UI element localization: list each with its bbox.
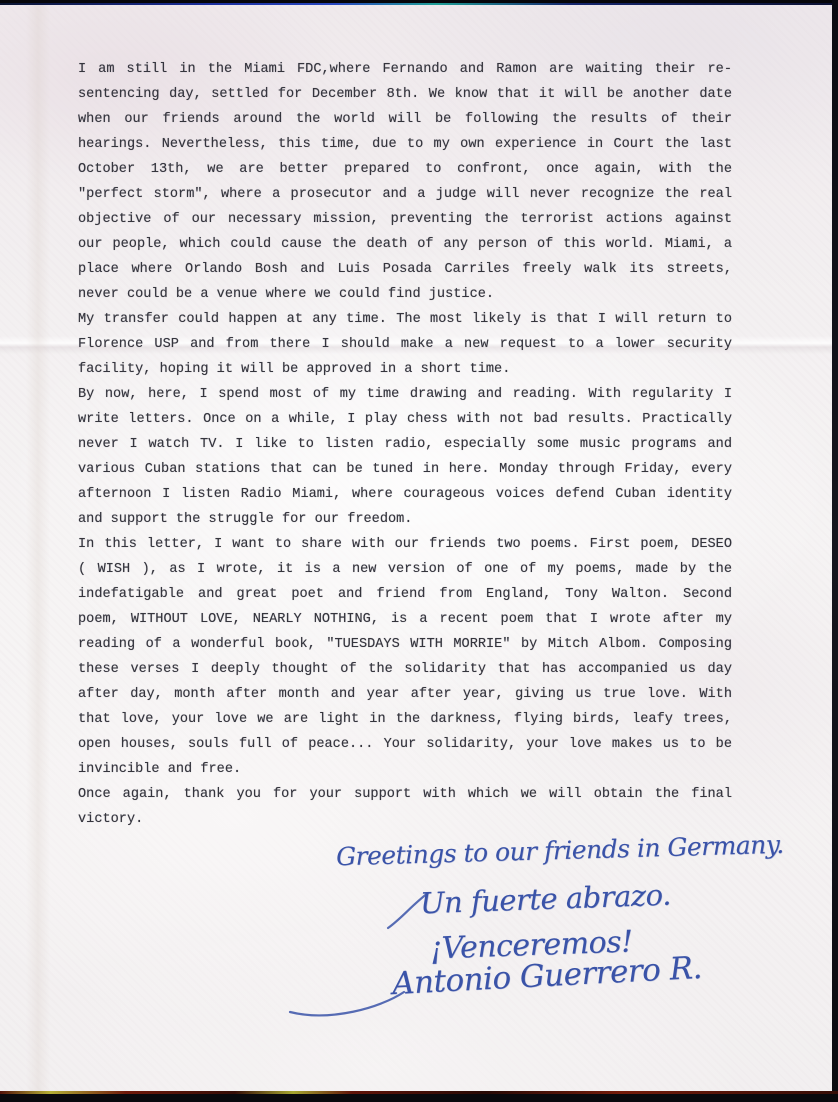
typewritten-letter-body: I am still in the Miami FDC,where Fernan… (78, 57, 732, 832)
letter-line: and support the struggle for our freedom… (78, 507, 732, 532)
letter-line: after day, month after month and year af… (78, 682, 732, 707)
letter-line: Once again, thank you for your support w… (78, 782, 732, 807)
letter-line: October 13th, we are better prepared to … (78, 157, 732, 182)
letter-line: In this letter, I want to share with our… (78, 532, 732, 557)
handwritten-farewell: Un fuerte abrazo. (419, 878, 671, 921)
letter-line: write letters. Once on a while, I play c… (78, 407, 732, 432)
handwritten-greeting: Greetings to our friends in Germany. (336, 830, 784, 871)
letter-line: invincible and free. (78, 757, 732, 782)
letter-line: our people, which could cause the death … (78, 232, 732, 257)
letter-line: By now, here, I spend most of my time dr… (78, 382, 732, 407)
letter-line: facility, hoping it will be approved in … (78, 357, 732, 382)
letter-line: "perfect storm", where a prosecutor and … (78, 182, 732, 207)
letter-line: I am still in the Miami FDC,where Fernan… (78, 57, 732, 82)
letter-line: hearings. Nevertheless, this time, due t… (78, 132, 732, 157)
letter-line: place where Orlando Bosh and Luis Posada… (78, 257, 732, 282)
letter-line: My transfer could happen at any time. Th… (78, 307, 732, 332)
letter-line: never I watch TV. I like to listen radio… (78, 432, 732, 457)
letter-line: these verses I deeply thought of the sol… (78, 657, 732, 682)
letter-line: indefatigable and great poet and friend … (78, 582, 732, 607)
letter-line: that love, your love we are light in the… (78, 707, 732, 732)
letter-line: reading of a wonderful book, "TUESDAYS W… (78, 632, 732, 657)
letter-line: when our friends around the world will b… (78, 107, 732, 132)
letter-line: poem, WITHOUT LOVE, NEARLY NOTHING, is a… (78, 607, 732, 632)
letter-line: Florence USP and from there I should mak… (78, 332, 732, 357)
letter-line: objective of our necessary mission, prev… (78, 207, 732, 232)
letter-line: never could be a venue where we could fi… (78, 282, 732, 307)
letter-line: open houses, souls full of peace... Your… (78, 732, 732, 757)
scanned-letter-paper: I am still in the Miami FDC,where Fernan… (0, 0, 838, 1102)
vertical-fold-crease (26, 0, 50, 1102)
letter-line: victory. (78, 807, 732, 832)
letter-line: ( WISH ), as I wrote, it is a new versio… (78, 557, 732, 582)
scanner-edge-bottom (0, 1091, 838, 1102)
scanner-edge-top (0, 0, 838, 5)
letter-line: afternoon I listen Radio Miami, where co… (78, 482, 732, 507)
letter-line: sentencing day, settled for December 8th… (78, 82, 732, 107)
scanner-edge-right (832, 0, 838, 1102)
letter-line: various Cuban stations that can be tuned… (78, 457, 732, 482)
